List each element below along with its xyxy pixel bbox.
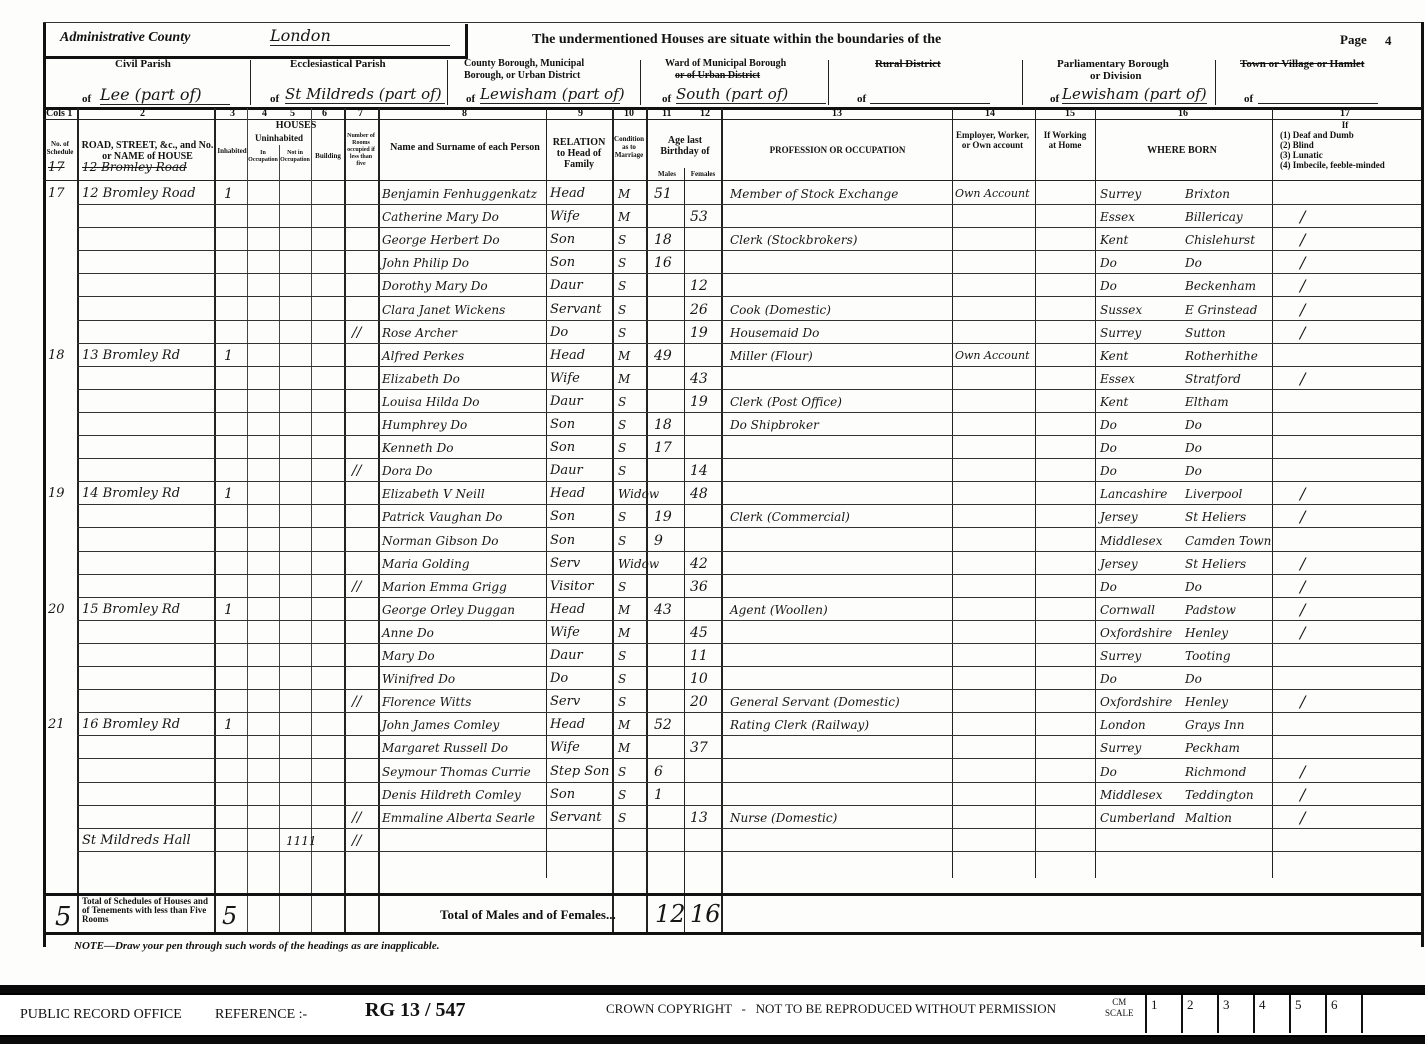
cell-name: Elizabeth V Neill: [382, 483, 485, 505]
cell-born-county: Cumberland: [1100, 807, 1175, 829]
cell-born-place: Do: [1185, 437, 1202, 459]
cell-male-age: 52: [654, 714, 672, 736]
col-num: 9: [578, 108, 583, 119]
cell-female-age: 13: [690, 807, 708, 829]
table-row: 2015 Bromley Rd1George Orley DugganHeadM…: [0, 599, 1425, 622]
infirmity-4: (4) Imbecile, feeble-minded: [1280, 160, 1385, 170]
row-rule: [77, 689, 1421, 690]
header-females: Females: [686, 170, 720, 179]
cell-condition: M: [618, 183, 630, 205]
cell-female-age: 37: [690, 737, 708, 759]
cell-relation: Serv: [550, 553, 580, 575]
cell-condition: S: [618, 414, 626, 436]
row-rule: [77, 620, 1421, 621]
cell-condition: S: [618, 784, 626, 806]
cell-female-age: 36: [690, 576, 708, 598]
header-schedule: No. of Schedule: [45, 140, 75, 156]
cell-schedule: 21: [48, 714, 65, 736]
cell-mark: /: [1300, 275, 1305, 297]
rule: [43, 107, 1421, 110]
cell-born-place: Do: [1185, 252, 1202, 274]
row-rule: [77, 366, 1421, 367]
cell-condition: M: [618, 206, 630, 228]
cell-relation: Do: [550, 322, 568, 344]
row-rule: [77, 435, 1421, 436]
cell-occupation: Do Shipbroker: [730, 414, 819, 436]
col-num: 10: [624, 108, 634, 119]
cell-mark: /: [1300, 206, 1305, 228]
top-border: [43, 22, 1421, 23]
table-row: George Herbert DoSonS18Clerk (Stockbroke…: [0, 229, 1425, 252]
cell-born-place: Sutton: [1185, 322, 1226, 344]
row-rule: [77, 412, 1421, 413]
row-rule: [77, 481, 1421, 482]
cell-condition: M: [618, 622, 630, 644]
cell-condition: S: [618, 645, 626, 667]
cell-name: Clara Janet Wickens: [382, 299, 505, 321]
cell-mark: /: [1300, 229, 1305, 251]
col-num: 14: [985, 108, 995, 119]
header-infirmity-if: If: [1275, 121, 1415, 130]
cell-relation: Head: [550, 483, 585, 505]
cell-relation: Daur: [550, 275, 583, 297]
row-rule: [77, 666, 1421, 667]
table-row: //Dora DoDaurS14DoDo: [0, 460, 1425, 483]
cell-relation: Servant: [550, 299, 602, 321]
row-rule: [77, 389, 1421, 390]
table-row: Dorothy Mary DoDaurS12DoBeckenham/: [0, 275, 1425, 298]
cell-born-county: Sussex: [1100, 299, 1142, 321]
cell-mark: /: [1300, 252, 1305, 274]
total-schedules-count: 5: [55, 902, 72, 932]
header-road: ROAD, STREET, &c., and No. or NAME of HO…: [80, 140, 215, 162]
town-label: Town or Village or Hamlet: [1240, 58, 1364, 70]
cell-condition: Widow: [618, 553, 659, 575]
cell-female-age: 48: [690, 483, 708, 505]
cell-rooms: //: [352, 460, 361, 482]
row-rule: [77, 597, 1421, 598]
cell-born-county: Do: [1100, 275, 1117, 297]
cell-inhabited: 1: [224, 345, 233, 367]
table-row: Mary DoDaurS11SurreyTooting: [0, 645, 1425, 668]
table-row: //Florence WittsServS20General Servant (…: [0, 691, 1425, 714]
row-rule: [77, 782, 1421, 783]
cell-born-county: Surrey: [1100, 645, 1141, 667]
town-value-line: [1258, 103, 1378, 104]
cell-schedule: 20: [48, 599, 65, 621]
cell-condition: S: [618, 322, 626, 344]
cell-condition: S: [618, 576, 626, 598]
cell-born-county: Do: [1100, 576, 1117, 598]
cell-born-county: Surrey: [1100, 183, 1141, 205]
cell-born-county: Do: [1100, 761, 1117, 783]
cell-female-age: 14: [690, 460, 708, 482]
cell-born-place: Beckenham: [1185, 275, 1256, 297]
cell-female-age: 20: [690, 691, 708, 713]
of-label: of: [1244, 93, 1253, 105]
row-rule: [77, 643, 1421, 644]
cell-condition: S: [618, 229, 626, 251]
row-rule: [77, 828, 1421, 829]
struck-schedule: 17: [48, 160, 65, 175]
cell-rooms: //: [352, 807, 361, 829]
col-num: 15: [1065, 108, 1075, 119]
cell-born-county: Kent: [1100, 345, 1128, 367]
borough-label-1: County Borough, Municipal: [464, 58, 584, 69]
table-row: Norman Gibson DoSonS9MiddlesexCamden Tow…: [0, 530, 1425, 553]
cell-born-county: Do: [1100, 460, 1117, 482]
of-label: of: [857, 93, 866, 105]
table-row: Elizabeth DoWifeM43EssexStratford/: [0, 368, 1425, 391]
cell-condition: S: [618, 437, 626, 459]
cell-born-place: Do: [1185, 460, 1202, 482]
cell-name: Kenneth Do: [382, 437, 454, 459]
cell-schedule: 18: [48, 345, 65, 367]
cell-born-place: Tooting: [1185, 645, 1231, 667]
cell-born-place: Henley: [1185, 691, 1228, 713]
cell-name: Margaret Russell Do: [382, 737, 508, 759]
cell-born-county: Oxfordshire: [1100, 691, 1172, 713]
cell-born-place: Do: [1185, 668, 1202, 690]
cell-born-place: E Grinstead: [1185, 299, 1257, 321]
cell-road: St Mildreds Hall: [82, 830, 191, 852]
cell-relation: Son: [550, 414, 575, 436]
cell-mark: /: [1300, 299, 1305, 321]
cell-mark: /: [1300, 761, 1305, 783]
col-num: 4: [262, 108, 267, 119]
cell-name: Seymour Thomas Currie: [382, 761, 531, 783]
cell-name: Denis Hildreth Comley: [382, 784, 521, 806]
cell-born-county: Jersey: [1100, 506, 1138, 528]
page-heading: The undermentioned Houses are situate wi…: [532, 32, 941, 48]
cell-born-place: Grays Inn: [1185, 714, 1244, 736]
cell-born-county: Do: [1100, 668, 1117, 690]
divider: [640, 60, 641, 105]
table-row: Louisa Hilda DoDaurS19Clerk (Post Office…: [0, 391, 1425, 414]
table-row: 1813 Bromley Rd1Alfred PerkesHeadM49Mill…: [0, 345, 1425, 368]
header-not-in-occupation: Not in Occupation: [280, 150, 310, 164]
cell-mark: /: [1300, 322, 1305, 344]
total-females: 16: [690, 900, 721, 928]
divider: [1215, 60, 1216, 105]
cell-name: John Philip Do: [382, 252, 469, 274]
cell-relation: Wife: [550, 622, 580, 644]
cell-born-place: Camden Town: [1185, 530, 1271, 552]
header-infirmity-list: (1) Deaf and Dumb (2) Blind (3) Lunatic …: [1280, 130, 1385, 170]
cell-condition: S: [618, 275, 626, 297]
cell-name: Elizabeth Do: [382, 368, 460, 390]
cell-born-place: St Heliers: [1185, 506, 1246, 528]
cell-mark: /: [1300, 483, 1305, 505]
cell-male-age: 18: [654, 229, 672, 251]
cell-relation: Do: [550, 668, 568, 690]
col-num: 8: [462, 108, 467, 119]
cell-born-county: Surrey: [1100, 737, 1141, 759]
col-num: 7: [358, 108, 363, 119]
rule: [43, 180, 1421, 181]
cell-occupation: Rating Clerk (Railway): [730, 714, 869, 736]
cell-occupation: Housemaid Do: [730, 322, 819, 344]
cell-occupation: Miller (Flour): [730, 345, 813, 367]
cell-condition: Widow: [618, 483, 659, 505]
cell-born-county: Lancashire: [1100, 483, 1167, 505]
cell-born-place: Chislehurst: [1185, 229, 1255, 251]
table-row: Catherine Mary DoWifeM53EssexBillericay/: [0, 206, 1425, 229]
row-rule: [77, 712, 1421, 713]
row-rule: [77, 758, 1421, 759]
cell-name: Louisa Hilda Do: [382, 391, 480, 413]
row-rule: [77, 735, 1421, 736]
cell-condition: S: [618, 761, 626, 783]
cell-employer: Own Account: [955, 345, 1030, 367]
cell-born-place: Peckham: [1185, 737, 1240, 759]
cell-born-county: Oxfordshire: [1100, 622, 1172, 644]
cell-condition: S: [618, 668, 626, 690]
row-rule: [77, 527, 1421, 528]
total-males-females-label: Total of Males and of Females...: [440, 907, 616, 923]
cell-male-age: 49: [654, 345, 672, 367]
header-houses: HOUSES: [246, 121, 346, 130]
ward-label-2: or of Urban District: [675, 70, 760, 81]
table-row: John Philip DoSonS16DoDo/: [0, 252, 1425, 275]
row-rule: [77, 204, 1421, 205]
cell-employer: Own Account: [955, 183, 1030, 205]
table-row: Maria GoldingServWidow42JerseySt Heliers…: [0, 553, 1425, 576]
rural-district-value-line: [870, 103, 990, 104]
cell-condition: S: [618, 252, 626, 274]
cell-schedule: 17: [48, 183, 65, 205]
col-num: Cols 1: [46, 108, 72, 119]
cell-condition: M: [618, 737, 630, 759]
cell-mark: /: [1300, 807, 1305, 829]
cell-condition: S: [618, 691, 626, 713]
cell-born-place: Rotherhithe: [1185, 345, 1258, 367]
struck-road: 12 Bromley Road: [82, 160, 187, 174]
cell-female-age: 10: [690, 668, 708, 690]
rule: [43, 893, 1421, 896]
header-inhabited: Inhabited: [216, 147, 248, 155]
infirmity-2: (2) Blind: [1280, 140, 1385, 150]
cell-name: Rose Archer: [382, 322, 457, 344]
header-building: Building: [312, 152, 344, 161]
cell-born-county: Kent: [1100, 229, 1128, 251]
cell-inhabited: 1: [224, 483, 233, 505]
cell-born-place: Padstow: [1185, 599, 1236, 621]
row-rule: [77, 574, 1421, 575]
cell-name: Emmaline Alberta Searle: [382, 807, 535, 829]
cell-condition: M: [618, 345, 630, 367]
cell-born-county: Do: [1100, 414, 1117, 436]
row-rule: [77, 551, 1421, 552]
footer-scale-label: CM SCALE: [1105, 997, 1134, 1019]
cell-occupation: Member of Stock Exchange: [730, 183, 898, 205]
cell-born-place: St Heliers: [1185, 553, 1246, 575]
cell-relation: Servant: [550, 807, 602, 829]
col-num: 13: [832, 108, 842, 119]
cell-name: George Herbert Do: [382, 229, 500, 251]
cell-born-place: Do: [1185, 576, 1202, 598]
cell-name: Benjamin Fenhuggenkatz: [382, 183, 537, 205]
cell-name: George Orley Duggan: [382, 599, 515, 621]
cell-condition: S: [618, 299, 626, 321]
cell-schedule: 19: [48, 483, 65, 505]
table-row: //Rose ArcherDoS19Housemaid DoSurreySutt…: [0, 322, 1425, 345]
cell-road: 13 Bromley Rd: [82, 345, 180, 367]
table-row: Seymour Thomas CurrieStep SonS6DoRichmon…: [0, 761, 1425, 784]
scale-label-cm: CM: [1105, 997, 1134, 1008]
cell-born-place: Henley: [1185, 622, 1228, 644]
cell-occupation: Clerk (Commercial): [730, 506, 850, 528]
cell-condition: S: [618, 530, 626, 552]
footer-copyright: CROWN COPYRIGHT - NOT TO BE REPRODUCED W…: [606, 1001, 1056, 1017]
header-males: Males: [650, 170, 684, 179]
cell-female-age: 19: [690, 391, 708, 413]
cell-relation: Daur: [550, 391, 583, 413]
divider: [828, 60, 829, 105]
cell-relation: Wife: [550, 206, 580, 228]
table-row: Winifred DoDoS10DoDo: [0, 668, 1425, 691]
row-rule: [77, 320, 1421, 321]
cell-female-age: 26: [690, 299, 708, 321]
footer-reference-label: REFERENCE :-: [215, 1007, 307, 1023]
col-num: 16: [1178, 108, 1188, 119]
ward-value: South (part of): [676, 85, 826, 104]
of-label: of: [270, 93, 279, 105]
cell-road: 12 Bromley Road: [82, 183, 196, 205]
col-num: 12: [700, 108, 710, 119]
cell-occupation: General Servant (Domestic): [730, 691, 900, 713]
cell-born-place: Maltion: [1185, 807, 1232, 829]
cell-name: Dora Do: [382, 460, 432, 482]
cell-name: Florence Witts: [382, 691, 471, 713]
cell-condition: S: [618, 460, 626, 482]
cell-relation: Head: [550, 183, 585, 205]
cell-relation: Wife: [550, 368, 580, 390]
infirmity-3: (3) Lunatic: [1280, 150, 1385, 160]
row-rule: [77, 851, 1421, 852]
header-working-home: If Working at Home: [1040, 130, 1090, 150]
cell-relation: Daur: [550, 645, 583, 667]
header-rooms: Number of Rooms occupied if less than fi…: [345, 133, 377, 168]
header-employer: Employer, Worker, or Own account: [955, 130, 1030, 150]
cell-relation: Head: [550, 345, 585, 367]
cell-born-county: Kent: [1100, 391, 1128, 413]
cell-condition: S: [618, 391, 626, 413]
cell-born-place: Brixton: [1185, 183, 1230, 205]
row-rule: [77, 504, 1421, 505]
cell-relation: Son: [550, 506, 575, 528]
parliamentary-label-1: Parliamentary Borough: [1057, 58, 1169, 70]
parliamentary-label-2: or Division: [1090, 70, 1141, 82]
cell-relation: Step Son: [550, 761, 609, 783]
col-num: 17: [1340, 108, 1350, 119]
cell-mark: /: [1300, 506, 1305, 528]
divider: [250, 60, 251, 105]
rule: [43, 932, 1421, 935]
cell-female-age: 12: [690, 275, 708, 297]
total-males: 12: [655, 900, 686, 928]
admin-county-value: London: [270, 26, 450, 46]
cell-born-place: Richmond: [1185, 761, 1246, 783]
row-rule: [77, 296, 1421, 297]
col-num: 2: [140, 108, 145, 119]
header-age: Age last Birthday of: [650, 135, 720, 157]
cell-relation: Daur: [550, 460, 583, 482]
of-label: of: [466, 93, 475, 105]
cell-relation: Head: [550, 714, 585, 736]
table-row: Clara Janet WickensServantS26Cook (Domes…: [0, 299, 1425, 322]
col-num: 3: [230, 108, 235, 119]
admin-county-label: Administrative County: [60, 30, 190, 46]
page-number: 4: [1385, 33, 1392, 49]
cell-mark: /: [1300, 622, 1305, 644]
header-in-occupation: In Occupation: [248, 150, 278, 164]
cell-name: John James Comley: [382, 714, 499, 736]
header-occupation: PROFESSION OR OCCUPATION: [725, 146, 950, 155]
cell-relation: Wife: [550, 737, 580, 759]
col-num: 11: [662, 108, 671, 119]
page-label: Page: [1340, 32, 1367, 48]
cell-mark: /: [1300, 368, 1305, 390]
cell-not-in-occupation: 1111: [286, 830, 317, 852]
cell-male-age: 16: [654, 252, 672, 274]
cell-born-place: Do: [1185, 414, 1202, 436]
table-row: Denis Hildreth ComleySonS1MiddlesexTeddi…: [0, 784, 1425, 807]
header-uninhabited: Uninhabited: [248, 134, 310, 143]
row-rule: [77, 273, 1421, 274]
cell-born-county: Essex: [1100, 368, 1135, 390]
cell-occupation: Clerk (Stockbrokers): [730, 229, 857, 251]
cell-condition: M: [618, 368, 630, 390]
cell-road: 15 Bromley Rd: [82, 599, 180, 621]
table-row: Humphrey DoSonS18Do ShipbrokerDoDo: [0, 414, 1425, 437]
table-row: St Mildreds Hall1111//: [0, 830, 1425, 853]
cell-born-county: Do: [1100, 437, 1117, 459]
cell-male-age: 6: [654, 761, 663, 783]
cell-name: Norman Gibson Do: [382, 530, 498, 552]
cell-occupation: Cook (Domestic): [730, 299, 831, 321]
cell-name: Patrick Vaughan Do: [382, 506, 502, 528]
table-row: 2116 Bromley Rd1John James ComleyHeadM52…: [0, 714, 1425, 737]
cell-born-county: Do: [1100, 252, 1117, 274]
cell-relation: Son: [550, 530, 575, 552]
cell-male-age: 18: [654, 414, 672, 436]
cell-name: Dorothy Mary Do: [382, 275, 488, 297]
footer: PUBLIC RECORD OFFICE REFERENCE :- RG 13 …: [0, 993, 1425, 1037]
ecclesiastical-parish-label: Ecclesiastical Parish: [290, 58, 386, 70]
cell-name: Mary Do: [382, 645, 435, 667]
cell-born-county: London: [1100, 714, 1146, 736]
cell-female-age: 53: [690, 206, 708, 228]
table-row: 1914 Bromley Rd1Elizabeth V NeillHeadWid…: [0, 483, 1425, 506]
cell-born-place: Eltham: [1185, 391, 1229, 413]
cell-born-county: Middlesex: [1100, 784, 1162, 806]
table-row: Anne DoWifeM45OxfordshireHenley/: [0, 622, 1425, 645]
header-name: Name and Surname of each Person: [385, 142, 545, 153]
header-where-born: WHERE BORN: [1097, 146, 1267, 155]
cell-relation: Son: [550, 437, 575, 459]
rule: [43, 119, 1421, 120]
cell-condition: S: [618, 506, 626, 528]
cell-relation: Son: [550, 784, 575, 806]
cell-mark: /: [1300, 691, 1305, 713]
divider: [1022, 60, 1023, 105]
divider: [447, 60, 448, 105]
cell-condition: M: [618, 714, 630, 736]
cell-name: Marion Emma Grigg: [382, 576, 507, 598]
cell-inhabited: 1: [224, 714, 233, 736]
row-rule: [77, 343, 1421, 344]
